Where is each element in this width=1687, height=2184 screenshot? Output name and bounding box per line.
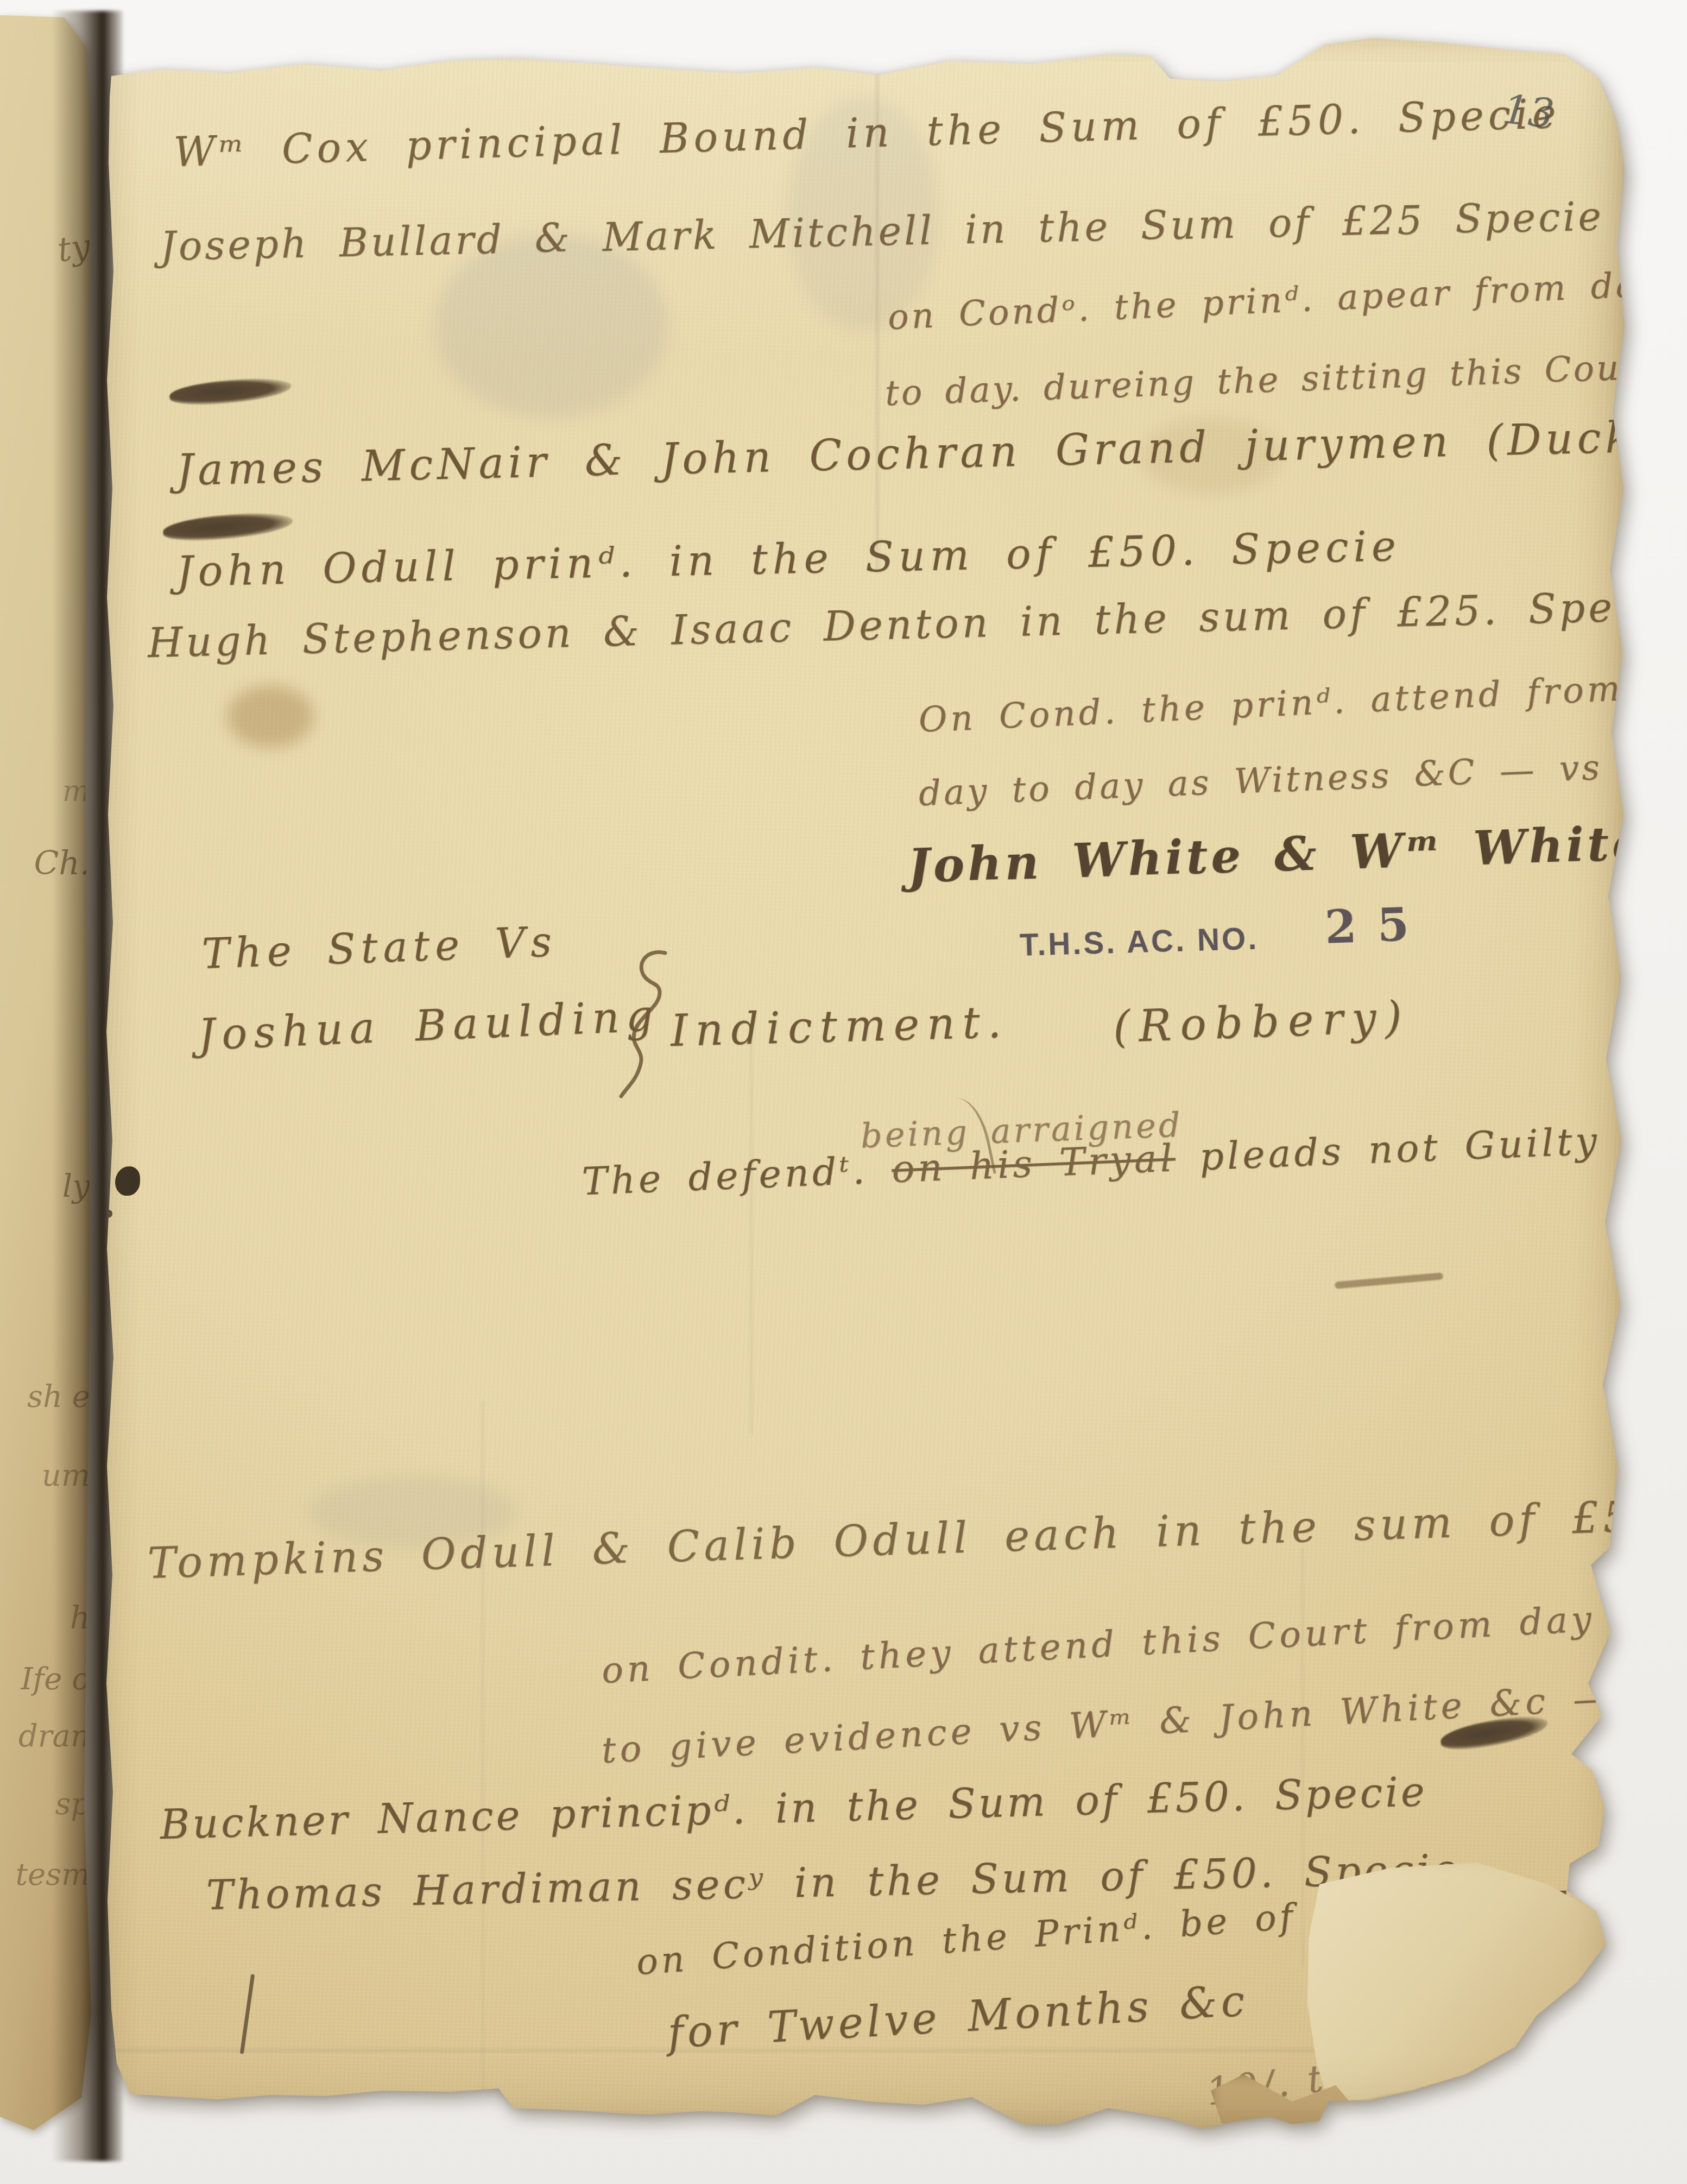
entry-odull-witness-condition-line2: to give evidence vs Wᵐ & John White &c — — [601, 1676, 1614, 1771]
case-party: The State Vs — [201, 917, 558, 978]
case-defendant: Joshua Baulding — [197, 992, 660, 1060]
entry-odull-witness-condition-line1: on Condit. they attend this Court from d… — [601, 1594, 1664, 1691]
vertical-crease — [749, 1032, 752, 1434]
ink-smear-dash — [169, 376, 292, 407]
entry-nance-condition-line2: for Twelve Months &c — [666, 1977, 1249, 2058]
case-label: Indictment. — [670, 997, 1009, 1056]
case-brace — [614, 948, 679, 1105]
ink-smear-dash — [162, 510, 294, 544]
entry-cox-condition-line1: on Condᵒ. the prinᵈ. apear from day — [887, 264, 1662, 338]
paper-stain — [227, 685, 314, 748]
stray-pen-stroke — [240, 1974, 255, 2054]
folded-corner — [1276, 1846, 1634, 2150]
entry-cox-condition-line2: to day. dureing the sitting this Court. — [884, 346, 1670, 414]
entry-odull-condition-line2: day to day as Witness &C — vs — [918, 748, 1603, 814]
entry-grand-jurymen: James McNair & John Cochran Grand juryme… — [176, 410, 1687, 495]
entry-odull-condition-line1: On Cond. the prinᵈ. attend from — [918, 668, 1624, 741]
document-page: Wᵐ Cox principal Bound in the Sum of £50… — [81, 22, 1634, 2150]
folio-page-number: 13 — [1501, 86, 1557, 137]
archive-stamp-number: 25 — [1324, 897, 1430, 954]
ink-dot — [103, 1210, 112, 1218]
entry-witness-names: John White & Wᵐ White — [907, 816, 1646, 894]
entry-odull-bond: John Odull prinᵈ. in the Sum of £50. Spe… — [176, 522, 1401, 596]
ink-dash — [1335, 1272, 1443, 1289]
case-charge: (Robbery) — [1112, 992, 1411, 1052]
scanned-document: ty m Ch. ly sh e um h Ife o dran sp tesm — [0, 0, 1687, 2184]
plea-text-pre: The defendᵗ. — [581, 1147, 893, 1204]
ink-blot — [115, 1166, 140, 1196]
plea-text-post: pleads not Guilty — [1174, 1119, 1601, 1180]
archive-stamp-label: T.H.S. AC. NO. — [1019, 921, 1259, 963]
entry-nance-bond: Buckner Nance principᵈ. in the Sum of £5… — [160, 1769, 1428, 1848]
